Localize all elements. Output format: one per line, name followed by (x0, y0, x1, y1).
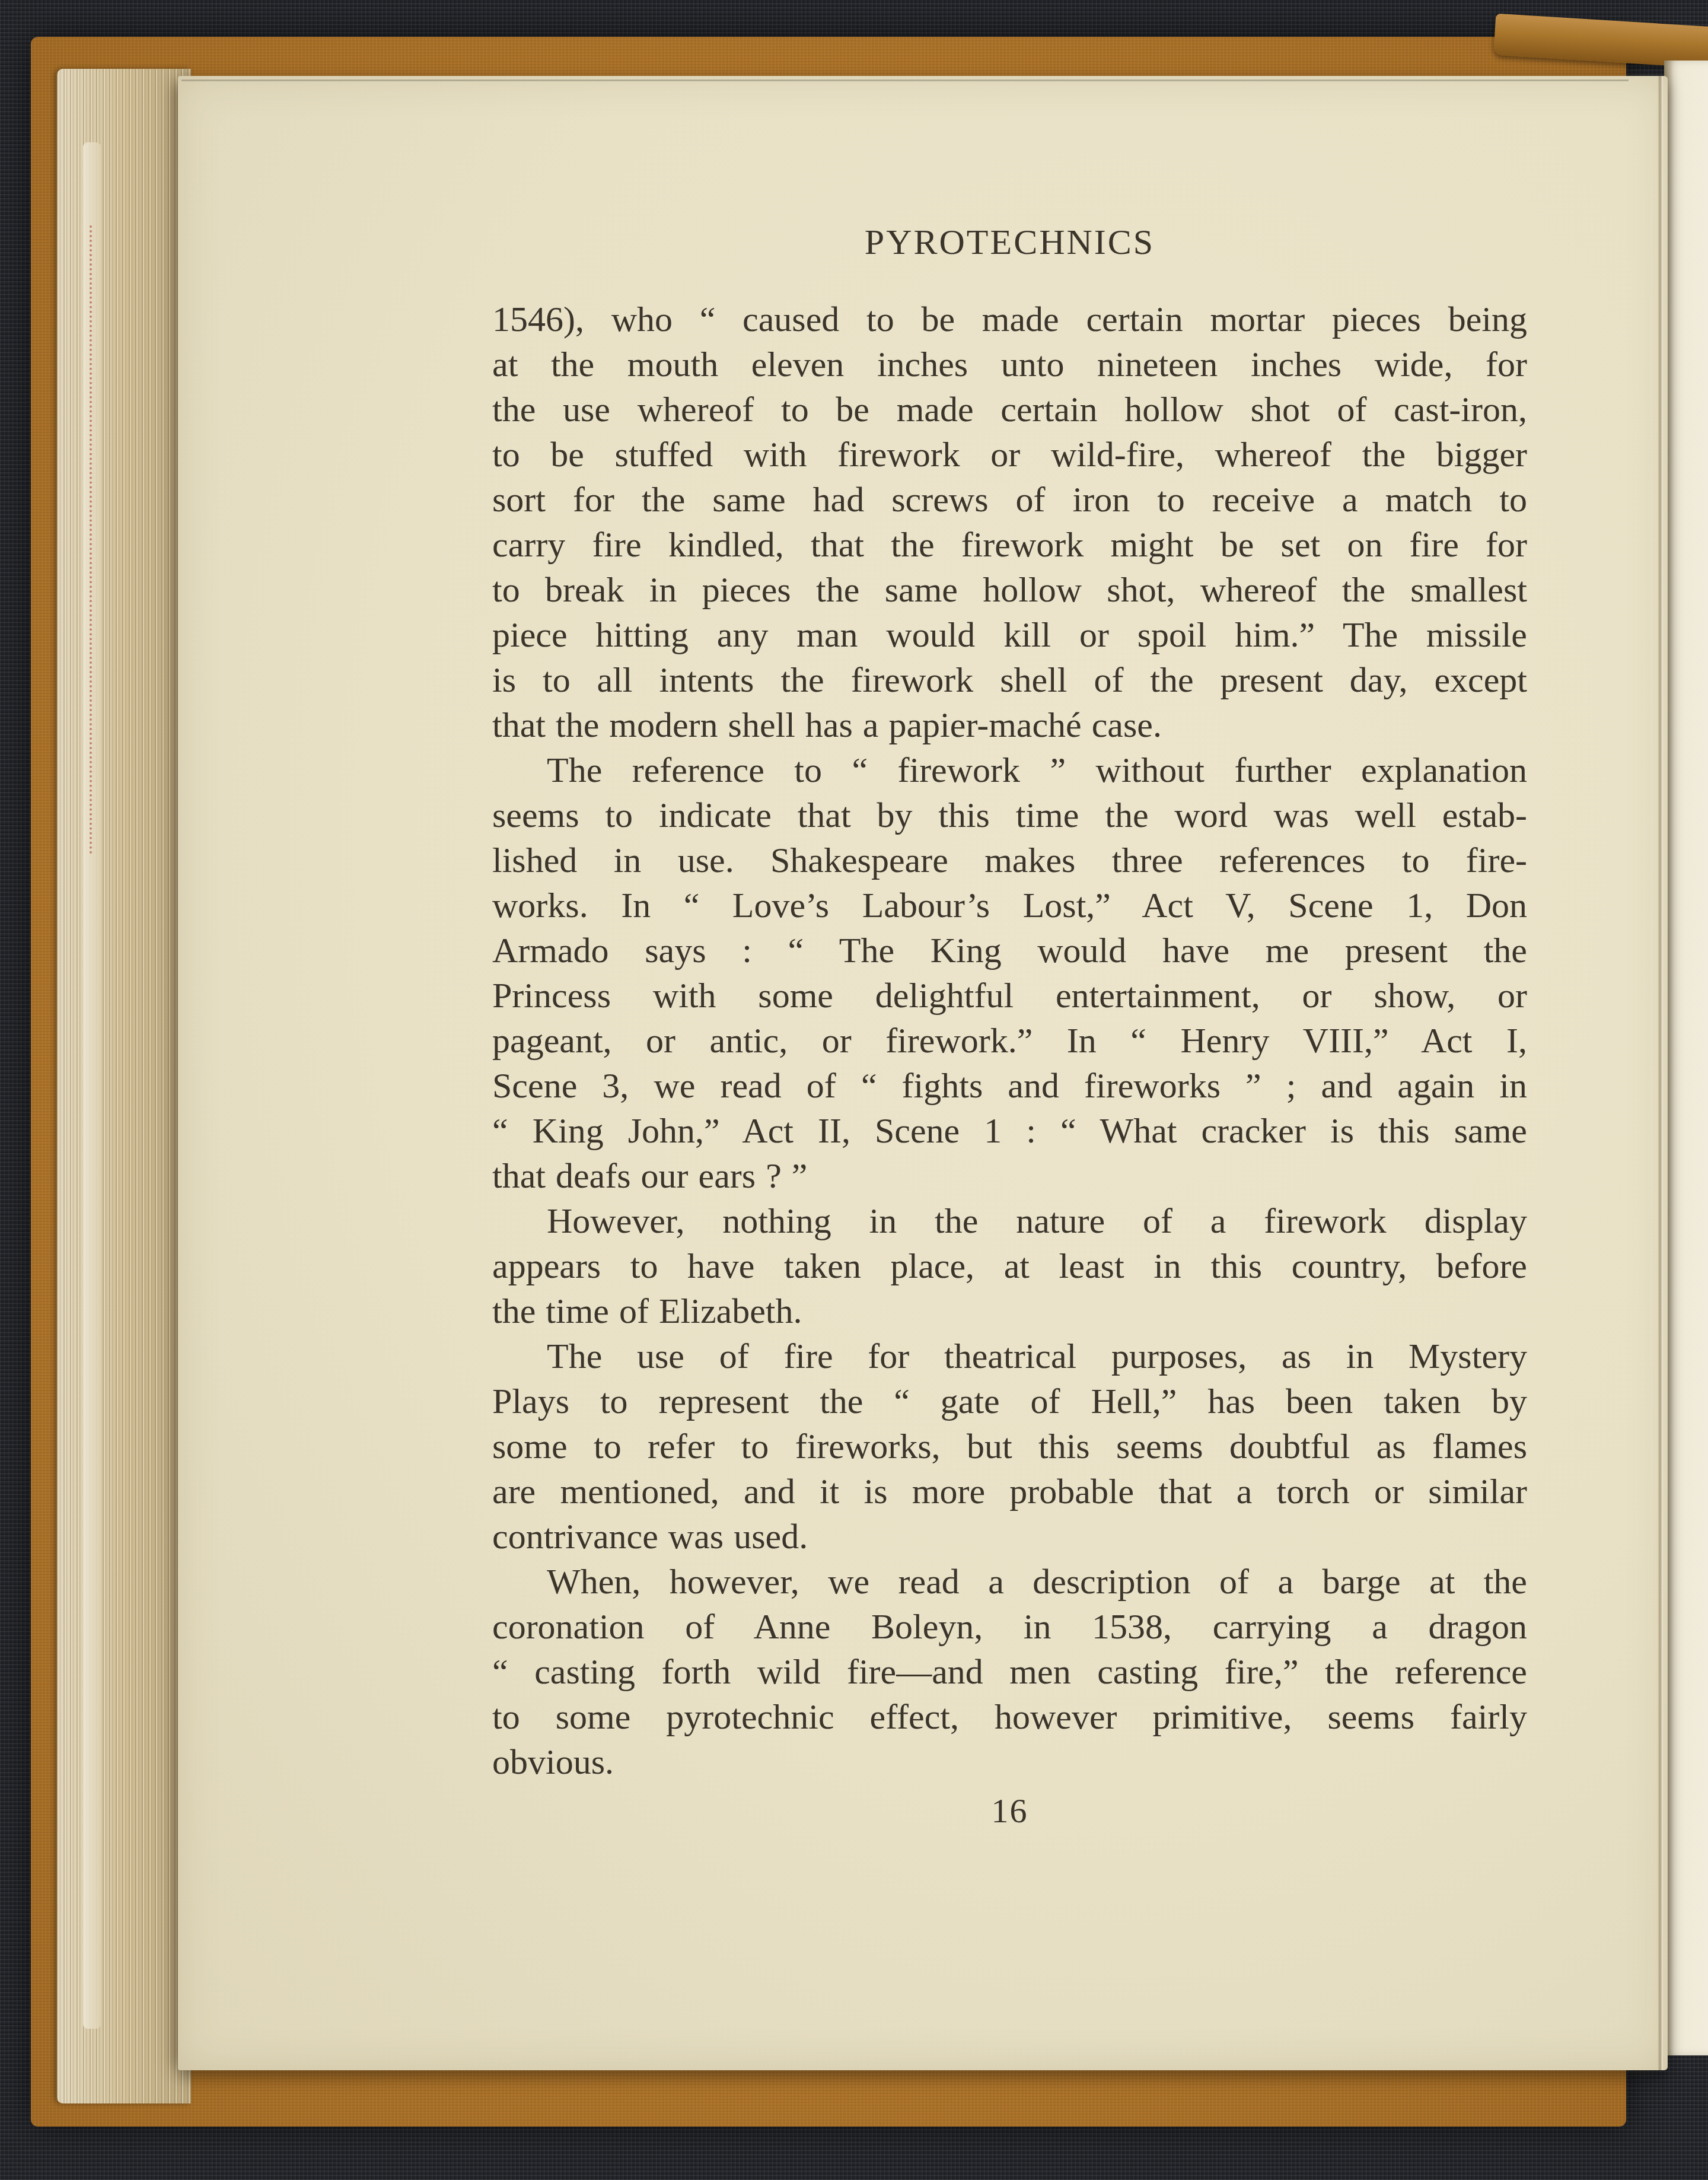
text-line: Princess with some delightful entertainm… (492, 973, 1527, 1018)
text-line: to some pyrotechnic effect, however prim… (492, 1694, 1527, 1739)
text-line: the time of Elizabeth. (492, 1288, 1527, 1334)
text-line: that the modern shell has a papier-maché… (492, 702, 1527, 747)
text-line: to break in pieces the same hollow shot,… (492, 567, 1527, 612)
text-line: works. In “ Love’s Labour’s Lost,” Act V… (492, 883, 1527, 928)
facing-page-edge (1664, 61, 1708, 2055)
text-line: seems to indicate that by this time the … (492, 793, 1527, 838)
text-block: PYROTECHNICS 1546), who “ caused to be m… (492, 76, 1527, 2070)
text-line: pageant, or antic, or firework.” In “ He… (492, 1018, 1527, 1063)
text-line: obvious. (492, 1739, 1527, 1784)
text-line: piece hitting any man would kill or spoi… (492, 612, 1527, 657)
text-line: is to all intents the firework shell of … (492, 657, 1527, 702)
text-line: coronation of Anne Boleyn, in 1538, carr… (492, 1604, 1527, 1649)
text-line: appears to have taken place, at least in… (492, 1243, 1527, 1288)
text-line: sort for the same had screws of iron to … (492, 477, 1527, 522)
text-line: However, nothing in the nature of a fire… (492, 1198, 1527, 1243)
text-line: at the mouth eleven inches unto nineteen… (492, 342, 1527, 387)
photo-background: PYROTECHNICS 1546), who “ caused to be m… (0, 0, 1708, 2180)
text-line: “ King John,” Act II, Scene 1 : “ What c… (492, 1108, 1527, 1153)
text-line: Scene 3, we read of “ fights and firewor… (492, 1063, 1527, 1108)
text-line: When, however, we read a description of … (492, 1559, 1527, 1604)
text-line: The reference to “ firework ” without fu… (492, 747, 1527, 793)
text-line: contrivance was used. (492, 1514, 1527, 1559)
text-line: Plays to represent the “ gate of Hell,” … (492, 1379, 1527, 1424)
text-line: to be stuffed with firework or wild-fire… (492, 432, 1527, 477)
page-gutter-crease (1658, 76, 1663, 2070)
text-line: “ casting forth wild fire—and men castin… (492, 1649, 1527, 1694)
page-edge-stack (57, 69, 191, 2103)
text-line: The use of fire for theatrical purposes,… (492, 1334, 1527, 1379)
running-head: PYROTECHNICS (492, 224, 1527, 260)
page-number: 16 (492, 1793, 1527, 1829)
text-line: Armado says : “ The King would have me p… (492, 928, 1527, 973)
text-line: 1546), who “ caused to be made certain m… (492, 297, 1527, 342)
binding-thread (90, 225, 92, 854)
text-line: are mentioned, and it is more probable t… (492, 1469, 1527, 1514)
text-line: some to refer to fireworks, but this see… (492, 1424, 1527, 1469)
text-line: that deafs our ears ? ” (492, 1153, 1527, 1198)
endpaper-sliver (83, 142, 101, 2029)
text-line: the use whereof to be made certain hollo… (492, 387, 1527, 432)
text-line: carry fire kindled, that the firework mi… (492, 522, 1527, 567)
body-text: 1546), who “ caused to be made certain m… (492, 297, 1527, 1784)
text-line: lished in use. Shakespeare makes three r… (492, 838, 1527, 883)
book-page: PYROTECHNICS 1546), who “ caused to be m… (178, 76, 1668, 2070)
